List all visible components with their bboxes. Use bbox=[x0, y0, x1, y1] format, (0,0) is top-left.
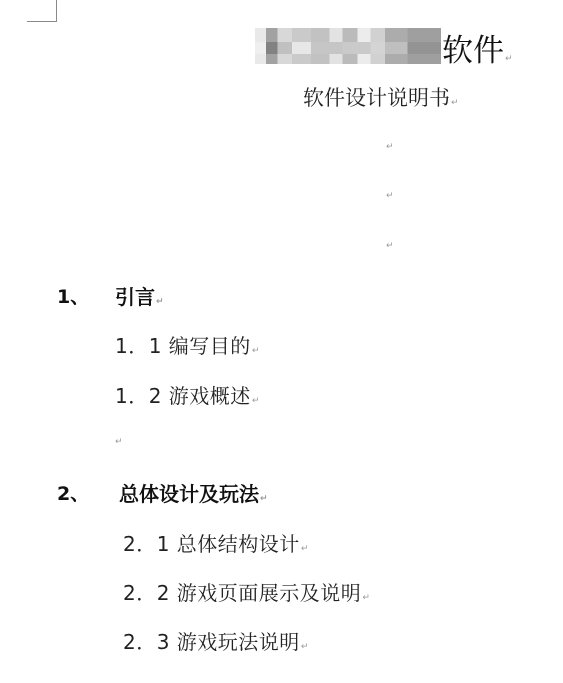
section-1-number: 1、 bbox=[57, 282, 89, 309]
document-title: 软件↵ bbox=[442, 25, 513, 70]
subsection-1-1-label: 1．1 编写目的 bbox=[115, 334, 251, 358]
subsection-1-2-label: 1．2 游戏概述 bbox=[115, 384, 251, 408]
subsection-2-2: 2．2 游戏页面展示及说明↵ bbox=[123, 577, 370, 606]
subsection-2-3-label: 2．3 游戏玩法说明 bbox=[123, 630, 300, 654]
section-1-heading: 引言↵ bbox=[115, 281, 164, 310]
section-1-title: 引言 bbox=[115, 285, 155, 309]
subsection-2-2-label: 2．2 游戏页面展示及说明 bbox=[123, 581, 361, 605]
document-title-text: 软件 bbox=[442, 33, 504, 69]
paragraph-mark-icon: ↵ bbox=[451, 98, 459, 108]
document-subtitle-text: 软件设计说明书 bbox=[303, 86, 450, 110]
paragraph-mark-icon: ↵ bbox=[505, 54, 513, 64]
paragraph-mark-icon: ↵ bbox=[156, 297, 164, 307]
paragraph-mark-icon: ↵ bbox=[362, 593, 370, 603]
subsection-1-1: 1．1 编写目的↵ bbox=[115, 330, 260, 359]
redacted-title-region bbox=[255, 28, 441, 64]
paragraph-mark-icon: ↵ bbox=[301, 544, 309, 554]
document-subtitle: 软件设计说明书↵ bbox=[303, 82, 459, 112]
section-2-number: 2、 bbox=[57, 479, 89, 506]
section-2-heading: 总体设计及玩法↵ bbox=[119, 478, 268, 507]
empty-paragraph-mark-icon: ↵ bbox=[386, 241, 394, 251]
empty-paragraph-mark-icon: ↵ bbox=[115, 437, 123, 447]
empty-paragraph-mark-icon: ↵ bbox=[386, 142, 394, 152]
page-corner-mark-horizontal bbox=[27, 21, 57, 22]
paragraph-mark-icon: ↵ bbox=[301, 642, 309, 652]
paragraph-mark-icon: ↵ bbox=[252, 396, 260, 406]
page-corner-mark-vertical bbox=[56, 0, 57, 21]
section-2-title: 总体设计及玩法 bbox=[119, 482, 259, 506]
paragraph-mark-icon: ↵ bbox=[260, 494, 268, 504]
subsection-2-3: 2．3 游戏玩法说明↵ bbox=[123, 626, 309, 655]
subsection-1-2: 1．2 游戏概述↵ bbox=[115, 380, 260, 409]
paragraph-mark-icon: ↵ bbox=[252, 346, 260, 356]
empty-paragraph-mark-icon: ↵ bbox=[386, 191, 394, 201]
subsection-2-1-label: 2．1 总体结构设计 bbox=[123, 532, 300, 556]
subsection-2-1: 2．1 总体结构设计↵ bbox=[123, 528, 309, 557]
